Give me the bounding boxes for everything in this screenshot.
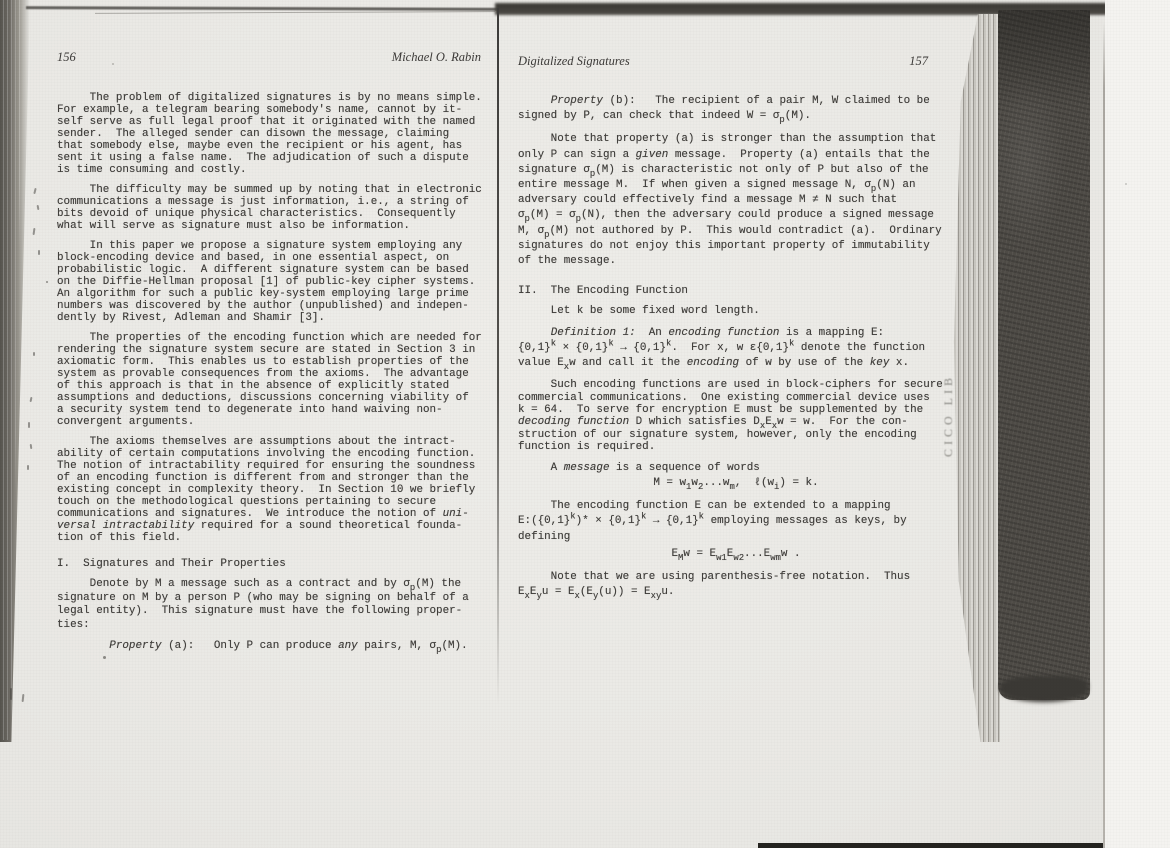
scan-mark [38, 250, 40, 255]
section-heading: I. Signatures and Their Properties [57, 558, 481, 570]
text-line: sent it using a false name. The adjudica… [57, 152, 481, 164]
paragraph: The encoding function E can be extended … [518, 499, 954, 545]
text-line: The notion of intractability required fo… [57, 460, 481, 472]
text-line: struction of our signature system, howev… [518, 429, 954, 441]
page-number: 157 [909, 54, 928, 69]
text-line: signature on M by a person P (who may be… [57, 592, 481, 606]
text-line: communications a message is just informa… [57, 196, 481, 208]
scan-mark [30, 444, 33, 449]
paragraph: Property (b): The recipient of a pair M,… [518, 94, 954, 124]
text-line: Note that we are using parenthesis-free … [518, 570, 954, 585]
scan-mark [33, 188, 36, 194]
page-body: Property (b): The recipient of a pair M,… [518, 94, 954, 600]
scan-mark [37, 205, 40, 210]
text-line: M, σp(M) not authored by P. This would c… [518, 224, 954, 239]
text-line: of this approach is that in the absence … [57, 380, 481, 392]
scan-mark [10, 688, 12, 700]
paragraph: Note that property (a) is stronger than … [518, 132, 954, 269]
text-line: touch on the methodological questions pe… [57, 496, 481, 508]
text-line: rendering the signature system secure ar… [57, 344, 481, 356]
text-line: what will serve as signature must also b… [57, 220, 481, 232]
paragraph: The properties of the encoding function … [57, 332, 481, 428]
text-line: E:({0,1}k)* × {0,1}k → {0,1}k employing … [518, 514, 954, 529]
text-line: The properties of the encoding function … [57, 332, 481, 344]
text-line: signatures do not enjoy this important p… [518, 239, 954, 254]
text-line: σp(M) = σp(N), then the adversary could … [518, 208, 954, 223]
text-line: A message is a sequence of words [518, 462, 954, 474]
paragraph: Denote by M a message such as a contract… [57, 578, 481, 632]
text-line: ties: [57, 619, 481, 633]
paragraph: The axioms themselves are assumptions ab… [57, 436, 481, 544]
text-line: block-encoding device and based, in one … [57, 252, 481, 264]
text-line: The difficulty may be summed up by notin… [57, 184, 481, 196]
formula-line: M = w1w2...wm, ℓ(wi) = k. [518, 476, 954, 491]
book-cover-bottom-shadow [1000, 676, 1088, 702]
bottom-edge-strip [758, 843, 1104, 848]
text-line: sender. The alleged sender can disown th… [57, 128, 481, 140]
page-number: 156 [57, 50, 76, 65]
scan-mark [27, 465, 29, 470]
text-line: In this paper we propose a signature sys… [57, 240, 481, 252]
book-scan: CICO LIB 156 Michael O. Rabin The proble… [0, 0, 1170, 848]
text-line: legal entity). This signature must have … [57, 605, 481, 619]
text-line: bits devoid of unique physical character… [57, 208, 481, 220]
paragraph: Let k be some fixed word length. [518, 305, 954, 317]
scan-mark [30, 397, 33, 402]
running-head-title: Digitalized Signatures [518, 54, 630, 69]
text-line: The problem of digitalized signatures is… [57, 92, 481, 104]
paragraph: The problem of digitalized signatures is… [57, 92, 481, 176]
text-line: signature σp(M) is characteristic not on… [518, 163, 954, 178]
scan-mark [28, 422, 30, 428]
paragraph: Note that we are using parenthesis-free … [518, 570, 954, 600]
page-header: 156 Michael O. Rabin [57, 50, 481, 65]
text-line: probabilistic logic. A different signatu… [57, 264, 481, 276]
scan-speck [103, 656, 106, 659]
scan-mark [33, 352, 35, 356]
text-line: adversary could effectively find a messa… [518, 193, 954, 208]
page-header: Digitalized Signatures 157 [518, 54, 928, 69]
text-line: commercial communications. One existing … [518, 392, 954, 404]
text-line: defining [518, 530, 954, 545]
paragraph: The difficulty may be summed up by notin… [57, 184, 481, 232]
text-line: of an encoding function is different fro… [57, 472, 481, 484]
text-line: The encoding function E can be extended … [518, 499, 954, 514]
text-line: II. The Encoding Function [518, 285, 954, 297]
text-line: is time consuming and costly. [57, 164, 481, 176]
scan-right-margin [1105, 0, 1170, 848]
top-edge-shadow-left [26, 6, 504, 11]
text-line: Note that property (a) is stronger than … [518, 132, 954, 147]
text-line: k = 64. To serve for encryption E must b… [518, 404, 954, 416]
text-line: decoding function D which satisfies DxEx… [518, 416, 954, 428]
text-line: signed by P, can check that indeed W = σ… [518, 109, 954, 124]
text-line: The axioms themselves are assumptions ab… [57, 436, 481, 448]
text-line: on the Diffie-Hellman proposal [1] of pu… [57, 276, 481, 288]
text-line: ability of certain computations involvin… [57, 448, 481, 460]
paragraph: A message is a sequence of words [518, 462, 954, 474]
paragraph: In this paper we propose a signature sys… [57, 240, 481, 324]
text-line: communications and signatures. We introd… [57, 508, 481, 520]
text-line: of the message. [518, 254, 954, 269]
text-line: only P can sign a given message. Propert… [518, 148, 954, 163]
text-line: dently by Rivest, Adleman and Shamir [3]… [57, 312, 481, 324]
text-line: Let k be some fixed word length. [518, 305, 954, 317]
text-line: EMw = Ew1Ew2...Ewmw . [518, 547, 954, 562]
text-line: axiomatic form. This enables us to estab… [57, 356, 481, 368]
text-line: existing concept in complexity theory. I… [57, 484, 481, 496]
text-line: versal intractability required for a sou… [57, 520, 481, 532]
book-cover-edge [998, 10, 1090, 700]
text-line: assumptions and deductions, discussions … [57, 392, 481, 404]
text-line: {0,1}k × {0,1}k → {0,1}k. For x, w ε{0,1… [518, 341, 954, 356]
text-line: ExEyu = Ex(Ey(u)) = Exyu. [518, 585, 954, 600]
scan-mark [22, 694, 25, 702]
scan-margin-line [1103, 22, 1105, 848]
text-line: I. Signatures and Their Properties [57, 558, 481, 570]
text-line: numbers was discovered by the author (un… [57, 300, 481, 312]
text-line: For example, a telegram bearing somebody… [57, 104, 481, 116]
left-page: 156 Michael O. Rabin The problem of digi… [57, 50, 481, 654]
text-line: that somebody else, maybe even the recip… [57, 140, 481, 152]
right-page: Digitalized Signatures 157 Property (b):… [518, 54, 954, 600]
text-line: Denote by M a message such as a contract… [57, 578, 481, 592]
text-line: Definition 1: An encoding function is a … [518, 326, 954, 341]
running-head-author: Michael O. Rabin [392, 50, 481, 65]
text-line: tion of this field. [57, 532, 481, 544]
scan-mark [33, 228, 36, 235]
paragraph: Property (a): Only P can produce any pai… [57, 640, 481, 654]
book-spine-gutter [497, 8, 499, 704]
text-line: entire message M. If when given a signed… [518, 178, 954, 193]
paragraph: Definition 1: An encoding function is a … [518, 326, 954, 372]
formula-line: EMw = Ew1Ew2...Ewmw . [518, 547, 954, 562]
page-body: The problem of digitalized signatures is… [57, 92, 481, 654]
scan-speck [46, 281, 48, 283]
text-line: Such encoding functions are used in bloc… [518, 379, 954, 391]
fore-edge-pages [951, 14, 1000, 742]
text-line: value Exw and call it the encoding of w … [518, 356, 954, 371]
text-line: convergent arguments. [57, 416, 481, 428]
text-line: a security system tend to degenerate int… [57, 404, 481, 416]
text-line: Property (b): The recipient of a pair M,… [518, 94, 954, 109]
text-line: Property (a): Only P can produce any pai… [57, 640, 481, 654]
text-line: An algorithm for such a public key-syste… [57, 288, 481, 300]
text-line: M = w1w2...wm, ℓ(wi) = k. [518, 476, 954, 491]
text-line: self serve as full legal proof that it o… [57, 116, 481, 128]
text-line: system as provable consequences from the… [57, 368, 481, 380]
paragraph: Such encoding functions are used in bloc… [518, 379, 954, 453]
scan-speck [1125, 183, 1127, 185]
text-line: function is required. [518, 441, 954, 453]
section-heading: II. The Encoding Function [518, 285, 954, 297]
top-edge-faint-line [95, 11, 495, 14]
